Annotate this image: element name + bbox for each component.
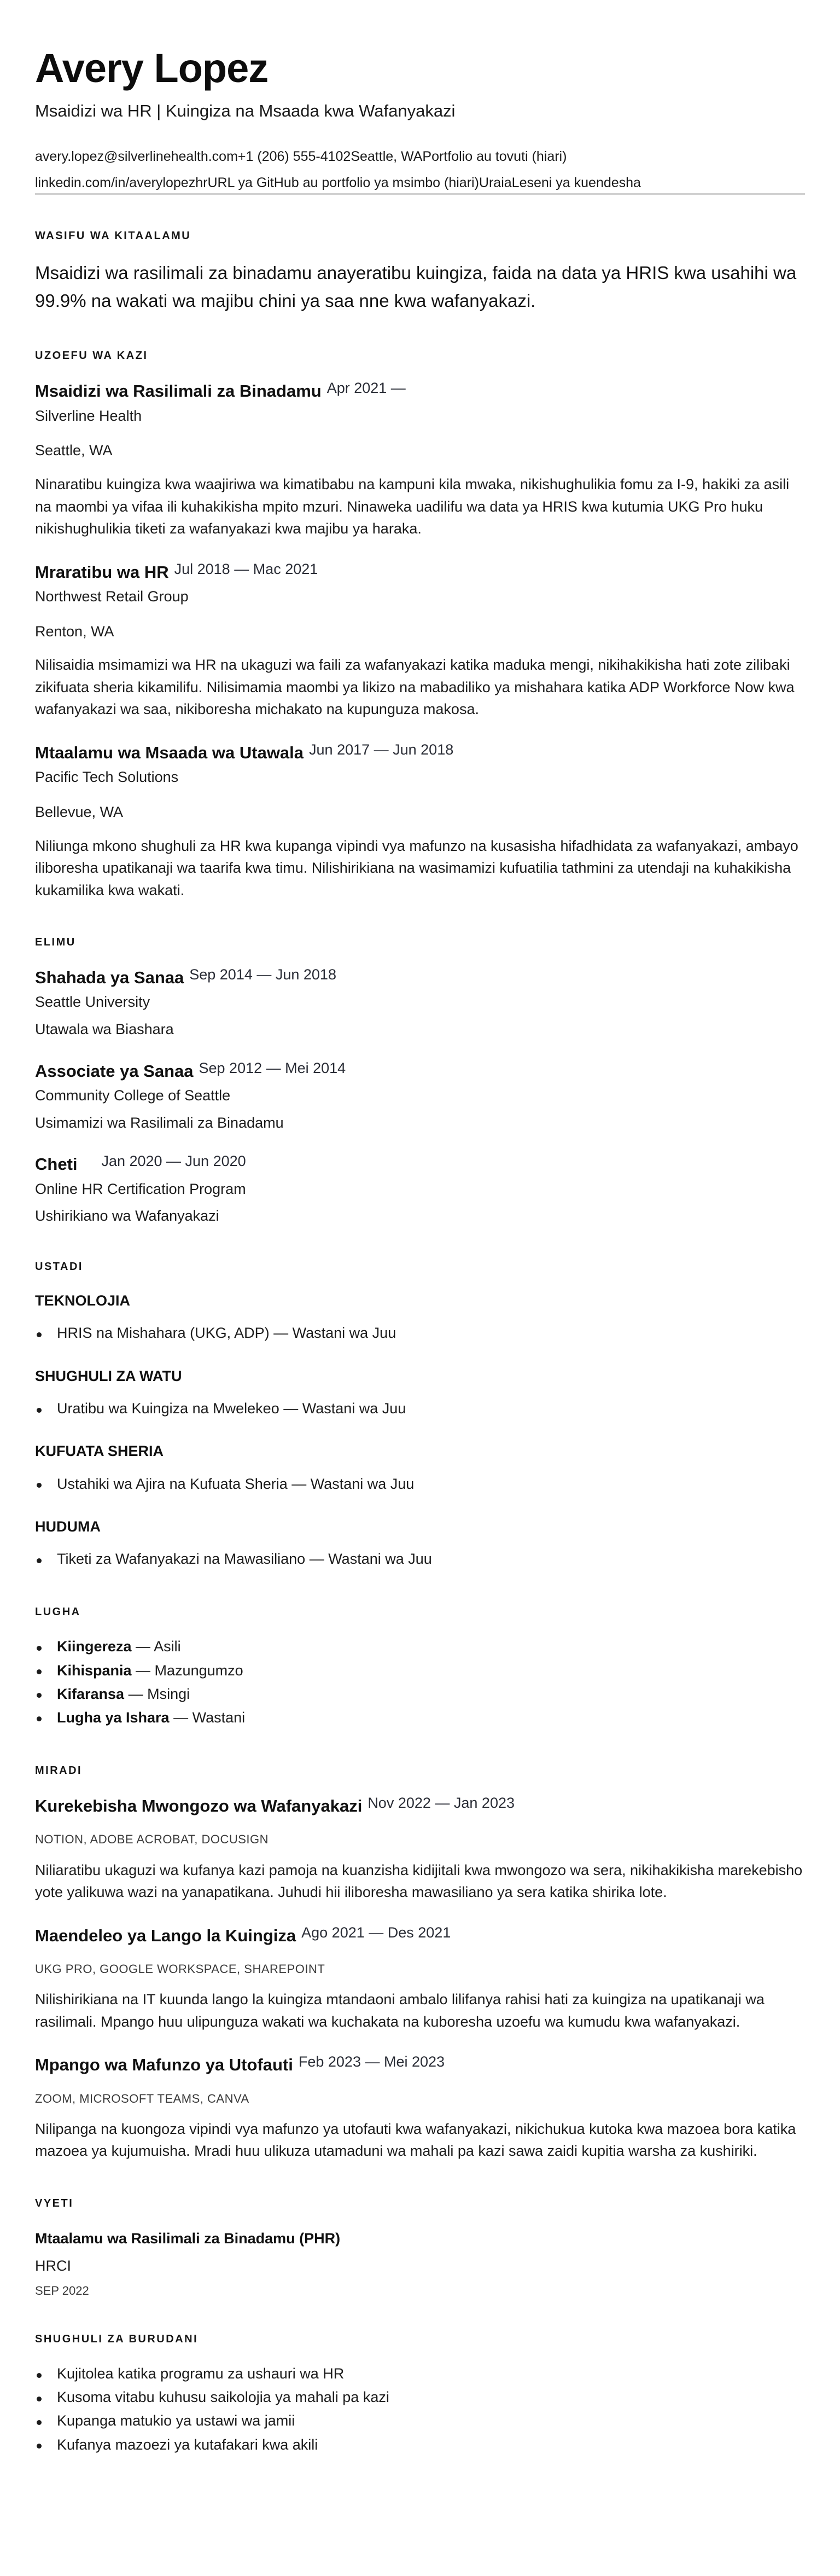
section-title-summary: Wasifu wa Kitaalamu (35, 230, 805, 242)
job-description: Niliunga mkono shughuli za HR kwa kupang… (35, 835, 805, 902)
skill-category: Shughuli za Watu (35, 1367, 805, 1385)
field-of-study: Usimamizi wa Rasilimali za Binadamu (35, 1114, 805, 1133)
section-title-skills: Ustadi (35, 1261, 805, 1273)
entry-header: Mtaalamu wa Msaada wa Utawala Jun 2017 —… (35, 742, 453, 787)
phone-number[interactable]: +1 (206) 555-4102 (238, 149, 351, 164)
project-tech-stack: UKG Pro, Google Workspace, SharePoint (35, 1962, 805, 1976)
project-name: Mpango wa Mafunzo ya Utofauti (35, 2055, 293, 2075)
job-description: Nilisaidia msimamizi wa HR na ukaguzi wa… (35, 654, 805, 721)
section-title-certifications: Vyeti (35, 2197, 805, 2210)
education-dates: Sep 2012 — Mei 2014 (199, 1061, 346, 1076)
language-separator: — (132, 1662, 155, 1679)
project-dates: Ago 2021 — Des 2021 (301, 1925, 451, 1940)
skill-list: Ustahiki wa Ajira na Kufuata Sheria — Wa… (35, 1472, 805, 1496)
language-level: Wastani (192, 1709, 246, 1726)
education-section: Elimu Shahada ya Sanaa Sep 2014 — Jun 20… (35, 936, 805, 1226)
citizenship: Uraia (479, 175, 512, 190)
language-name: Lugha ya Ishara (57, 1709, 170, 1726)
candidate-name: Avery Lopez (35, 48, 805, 89)
skill-group: Shughuli za Watu Uratibu wa Kuingiza na … (35, 1367, 805, 1421)
skill-group: Huduma Tiketi za Wafanyakazi na Mawasili… (35, 1518, 805, 1571)
education-dates: Sep 2014 — Jun 2018 (189, 967, 336, 982)
certification-date: Sep 2022 (35, 2284, 805, 2298)
skill-category: Huduma (35, 1518, 805, 1535)
entry-title-row: Shahada ya Sanaa Sep 2014 — Jun 2018 (35, 967, 336, 988)
degree-title: Cheti (35, 1154, 78, 1174)
interest-item: Kupanga matukio ya ustawi wa jamii (35, 2409, 805, 2433)
project-dates: Nov 2022 — Jan 2023 (367, 1796, 515, 1811)
language-level: Msingi (147, 1686, 190, 1702)
job-title: Msaidizi wa Rasilimali za Binadamu (35, 381, 322, 401)
entry-header: Msaidizi wa Rasilimali za Binadamu Apr 2… (35, 381, 406, 425)
project-tech-stack: Notion, Adobe Acrobat, DocuSign (35, 1832, 805, 1847)
projects-section: Miradi Kurekebisha Mwongozo wa Wafanyaka… (35, 1765, 805, 2162)
entry-title-row: Mraratibu wa HR Jul 2018 — Mac 2021 (35, 562, 318, 582)
project-title-row: Mpango wa Mafunzo ya Utofauti Feb 2023 —… (35, 2055, 805, 2075)
interest-item: Kufanya mazoezi ya kutafakari kwa akili (35, 2433, 805, 2457)
interest-list: Kujitolea katika programu za ushauri wa … (35, 2362, 805, 2457)
entry-title-row: Cheti Jan 2020 — Jun 2020 (35, 1154, 246, 1174)
resume-page: Avery Lopez Msaidizi wa HR | Kuingiza na… (0, 0, 840, 2490)
summary-text: Msaidizi wa rasilimali za binadamu anaye… (35, 259, 805, 315)
degree-title: Associate ya Sanaa (35, 1061, 194, 1081)
project-name: Kurekebisha Mwongozo wa Wafanyakazi (35, 1796, 362, 1816)
skill-item: Uratibu wa Kuingiza na Mwelekeo — Wastan… (35, 1397, 805, 1420)
company-name: Silverline Health (35, 407, 406, 426)
job-location: Bellevue, WA (35, 803, 805, 822)
skill-group: Teknolojia HRIS na Mishahara (UKG, ADP) … (35, 1292, 805, 1345)
email-link[interactable]: avery.lopez@silverlinehealth.com (35, 149, 238, 164)
summary-section: Wasifu wa Kitaalamu Msaidizi wa rasilima… (35, 230, 805, 315)
experience-entry: Msaidizi wa Rasilimali za Binadamu Apr 2… (35, 381, 805, 539)
language-name: Kiingereza (57, 1638, 132, 1655)
language-item: Kiingereza — Asili (35, 1635, 805, 1658)
entry-title-row: Msaidizi wa Rasilimali za Binadamu Apr 2… (35, 381, 406, 401)
project-description: Niliaratibu ukaguzi wa kufanya kazi pamo… (35, 1859, 805, 1904)
language-item: Lugha ya Ishara — Wastani (35, 1706, 805, 1730)
project-dates: Feb 2023 — Mei 2023 (299, 2055, 445, 2069)
project-name: Maendeleo ya Lango la Kuingiza (35, 1925, 296, 1946)
skill-list: HRIS na Mishahara (UKG, ADP) — Wastani w… (35, 1321, 805, 1345)
experience-section: Uzoefu wa Kazi Msaidizi wa Rasilimali za… (35, 350, 805, 901)
contact-line-primary: avery.lopez@silverlinehealth.com+1 (206)… (35, 148, 805, 165)
project-entry: Mpango wa Mafunzo ya Utofauti Feb 2023 —… (35, 2055, 805, 2162)
skill-item: HRIS na Mishahara (UKG, ADP) — Wastani w… (35, 1321, 805, 1345)
experience-entry: Mraratibu wa HR Jul 2018 — Mac 2021 Nort… (35, 562, 805, 721)
education-entry: Associate ya Sanaa Sep 2012 — Mei 2014 C… (35, 1061, 805, 1133)
field-of-study: Ushirikiano wa Wafanyakazi (35, 1207, 805, 1226)
job-title: Mraratibu wa HR (35, 562, 169, 582)
institution-name: Seattle University (35, 993, 336, 1012)
job-dates: Jul 2018 — Mac 2021 (174, 562, 318, 577)
job-dates: Jun 2017 — Jun 2018 (309, 742, 453, 757)
language-separator: — (132, 1638, 154, 1655)
language-separator: — (124, 1686, 147, 1702)
interest-item: Kusoma vitabu kuhusu saikolojia ya mahal… (35, 2386, 805, 2409)
entry-header: Mraratibu wa HR Jul 2018 — Mac 2021 Nort… (35, 562, 318, 606)
language-name: Kifaransa (57, 1686, 124, 1702)
section-title-experience: Uzoefu wa Kazi (35, 350, 805, 362)
degree-title: Shahada ya Sanaa (35, 967, 184, 988)
section-title-languages: Lugha (35, 1606, 805, 1618)
skill-item: Tiketi za Wafanyakazi na Mawasiliano — W… (35, 1547, 805, 1571)
company-name: Northwest Retail Group (35, 588, 318, 606)
project-tech-stack: Zoom, Microsoft Teams, Canva (35, 2092, 805, 2106)
field-of-study: Utawala wa Biashara (35, 1020, 805, 1039)
project-title-row: Maendeleo ya Lango la Kuingiza Ago 2021 … (35, 1925, 805, 1946)
language-item: Kihispania — Mazungumzo (35, 1659, 805, 1682)
entry-title-row: Associate ya Sanaa Sep 2012 — Mei 2014 (35, 1061, 346, 1081)
header-divider (35, 193, 805, 195)
job-description: Ninaratibu kuingiza kwa waajiriwa wa kim… (35, 473, 805, 540)
skill-category: Teknolojia (35, 1292, 805, 1309)
certification-entry: Mtaalamu wa Rasilimali za Binadamu (PHR)… (35, 2230, 805, 2298)
institution-name: Community College of Seattle (35, 1087, 346, 1105)
job-title: Mtaalamu wa Msaada wa Utawala (35, 742, 304, 763)
github-link[interactable]: URL ya GitHub au portfolio ya msimbo (hi… (207, 175, 479, 190)
headline: Msaidizi wa HR | Kuingiza na Msaada kwa … (35, 101, 805, 121)
project-entry: Kurekebisha Mwongozo wa Wafanyakazi Nov … (35, 1796, 805, 1904)
section-title-interests: Shughuli za Burudani (35, 2333, 805, 2346)
section-title-projects: Miradi (35, 1765, 805, 1777)
interests-section: Shughuli za Burudani Kujitolea katika pr… (35, 2333, 805, 2457)
entry-title-row: Mtaalamu wa Msaada wa Utawala Jun 2017 —… (35, 742, 453, 763)
skill-list: Tiketi za Wafanyakazi na Mawasiliano — W… (35, 1547, 805, 1571)
contact-location: Seattle, WA (351, 149, 422, 164)
skill-list: Uratibu wa Kuingiza na Mwelekeo — Wastan… (35, 1397, 805, 1420)
job-location: Renton, WA (35, 623, 805, 641)
language-level: Asili (154, 1638, 181, 1655)
drivers-license: Leseni ya kuendesha (512, 175, 641, 190)
project-title-row: Kurekebisha Mwongozo wa Wafanyakazi Nov … (35, 1796, 805, 1816)
entry-header: Associate ya Sanaa Sep 2012 — Mei 2014 C… (35, 1061, 346, 1105)
company-name: Pacific Tech Solutions (35, 768, 453, 787)
skill-item: Ustahiki wa Ajira na Kufuata Sheria — Wa… (35, 1472, 805, 1496)
education-dates: Jan 2020 — Jun 2020 (101, 1154, 246, 1169)
entry-header: Cheti Jan 2020 — Jun 2020 Online HR Cert… (35, 1154, 246, 1198)
institution-name: Online HR Certification Program (35, 1180, 246, 1199)
language-separator: — (170, 1709, 192, 1726)
skills-section: Ustadi Teknolojia HRIS na Mishahara (UKG… (35, 1261, 805, 1571)
languages-section: Lugha Kiingereza — Asili Kihispania — Ma… (35, 1606, 805, 1730)
skill-category: Kufuata Sheria (35, 1442, 805, 1460)
certification-issuer: HRCI (35, 2257, 805, 2275)
project-entry: Maendeleo ya Lango la Kuingiza Ago 2021 … (35, 1925, 805, 2033)
language-list: Kiingereza — Asili Kihispania — Mazungum… (35, 1635, 805, 1730)
experience-entry: Mtaalamu wa Msaada wa Utawala Jun 2017 —… (35, 742, 805, 901)
project-description: Nilipanga na kuongoza vipindi vya mafunz… (35, 2118, 805, 2162)
project-description: Nilishirikiana na IT kuunda lango la kui… (35, 1988, 805, 2033)
certifications-section: Vyeti Mtaalamu wa Rasilimali za Binadamu… (35, 2197, 805, 2298)
interest-item: Kujitolea katika programu za ushauri wa … (35, 2362, 805, 2386)
education-entry: Cheti Jan 2020 — Jun 2020 Online HR Cert… (35, 1154, 805, 1226)
language-level: Mazungumzo (155, 1662, 243, 1679)
education-entry: Shahada ya Sanaa Sep 2014 — Jun 2018 Sea… (35, 967, 805, 1039)
section-title-education: Elimu (35, 936, 805, 949)
linkedin-link[interactable]: linkedin.com/in/averylopezhr (35, 175, 207, 190)
language-item: Kifaransa — Msingi (35, 1682, 805, 1706)
contact-line-secondary: linkedin.com/in/averylopezhrURL ya GitHu… (35, 175, 805, 191)
certification-name: Mtaalamu wa Rasilimali za Binadamu (PHR) (35, 2230, 805, 2247)
job-dates: Apr 2021 — (327, 381, 406, 396)
website-link[interactable]: Portfolio au tovuti (hiari) (422, 149, 567, 164)
resume-header: Avery Lopez Msaidizi wa HR | Kuingiza na… (35, 48, 805, 195)
language-name: Kihispania (57, 1662, 132, 1679)
skill-group: Kufuata Sheria Ustahiki wa Ajira na Kufu… (35, 1442, 805, 1496)
job-location: Seattle, WA (35, 442, 805, 460)
entry-header: Shahada ya Sanaa Sep 2014 — Jun 2018 Sea… (35, 967, 336, 1012)
